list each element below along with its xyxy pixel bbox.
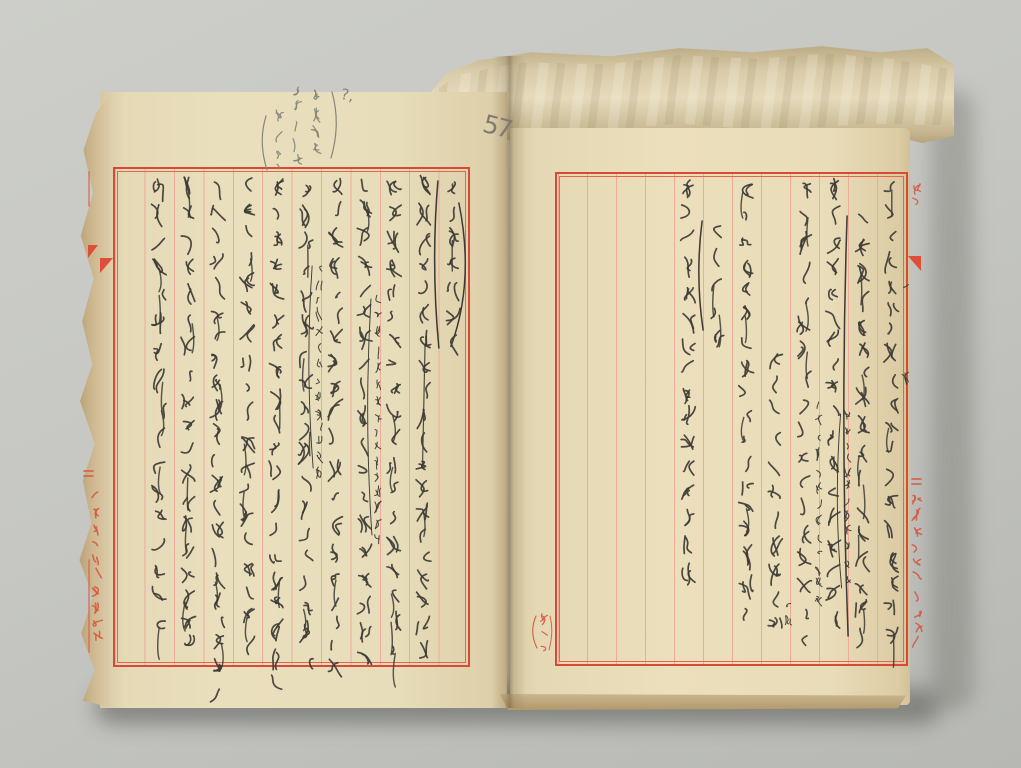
handwriting-column-left-10: 不慮ニ尻時……遠……ヲ……	[240, 178, 255, 654]
margin-mark-1: 八	[904, 285, 909, 288]
handwriting-column-left-7: （リト……時）	[309, 266, 323, 478]
handwriting-column-right-7: 又	[785, 603, 791, 625]
handwriting-column-left-8: ……兄……又……事……住……田……大時ノ總助……	[299, 185, 314, 668]
handwriting-column-left-12: ……、倶長…… ……違……	[181, 177, 196, 645]
handwriting-column-left-9: 紀……ハ……会又ハ……ヲ……ナ……和限……ヲ……年	[269, 179, 284, 689]
handwriting-column-left-2: 組合ニ定款ヲ整違反ノ……倶合違反ノ……アリ	[416, 176, 431, 658]
handwriting-column-right-1: 隠匿シ官憲ヲ……事ハ組合ヲ……又ハ財産ノ秘…	[884, 182, 899, 667]
handwriting-column-right-11: 状態ノ悪化ヲ……防止セント……。	[681, 180, 696, 585]
pencil-note-scribble: （退ツ…リ……チ……）	[262, 87, 336, 170]
corner-stamp: （谷岡納）	[533, 614, 552, 651]
handwriting-column-left-13: 五、……倶……	[152, 179, 167, 659]
handwriting-column-left-6: 左ノ……ヲ尻時 又ハ……倶……ノ意ヲ……ヲ……	[328, 179, 343, 677]
handwriting-column-right-5: 財産ヲ…記ストヲト	[815, 402, 822, 606]
handwriting-column-left-11: ……倶……倶……能……合……	[210, 182, 225, 702]
handwriting-column-right-10: （其の）	[699, 221, 724, 347]
margin-mark-2: 送	[902, 372, 908, 384]
handwriting-column-right-9: 中ニ適ニ……命令ヲ……ストキハ……	[739, 184, 754, 620]
edge-print-right: 朝鮮總督府	[912, 184, 922, 647]
photo-background: 57 ?, （六十七条）組合ニ定款ヲ整違反ノ……倶合違反ノ……アリ或ハ組合ニ其……	[0, 0, 1021, 768]
handwriting-column-left-5: 善シ……皆ヲ……ノ…… ……ノ登記命令（66，11条）	[357, 179, 372, 664]
handwriting-layer: （六十七条）組合ニ定款ヲ整違反ノ……倶合違反ノ……アリ或ハ組合ニ其……ヲ監督官……	[0, 0, 1021, 768]
handwriting-column-right-8: ……組合ノ……財……	[768, 354, 782, 628]
handwriting-column-right-4: 次ニ…要……ヲ……トキハ組……	[826, 179, 841, 628]
handwriting-column-right-6: テ命シ或ハ其他組合ニ…… ……蘭ニ……ヲ……	[797, 183, 811, 645]
edge-print-left: 朝鮮總督府	[84, 172, 103, 652]
handwriting-column-left-3: 或ハ組合ニ其……ヲ監督官……ヲ……ニ違反シタル時	[387, 181, 402, 687]
handwriting-column-left-4: （左ノ皆ヲ……戒……ニ……）	[368, 295, 382, 543]
handwriting-column-left-1: （六十七条）	[435, 181, 466, 355]
